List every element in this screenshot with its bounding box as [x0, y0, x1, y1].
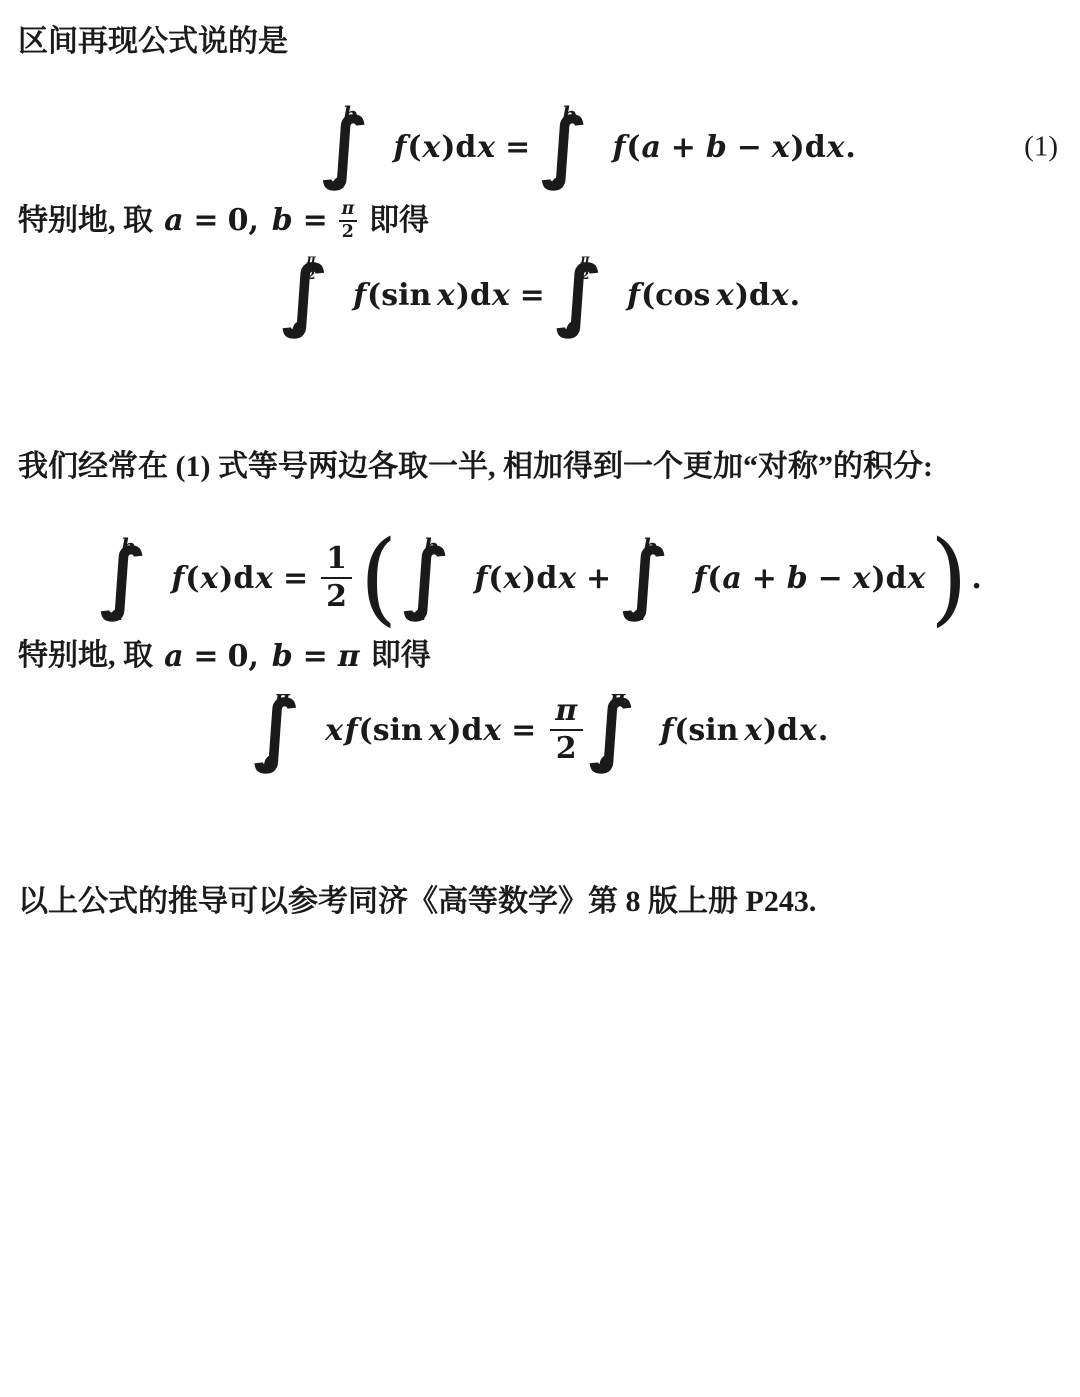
fraction: π2 — [339, 200, 358, 241]
math-roman: 0 — [228, 637, 249, 676]
paragraph-special-half: 特别地, 取a=0,b=π2即得 — [18, 201, 1060, 243]
math-operator: = — [511, 713, 536, 748]
math-variable: x — [716, 278, 734, 313]
math-variable: f — [394, 130, 407, 165]
math-variable: x — [771, 278, 789, 313]
math-roman: . — [971, 561, 981, 596]
math-roman: ( — [359, 713, 373, 748]
math-roman: ( — [367, 278, 381, 313]
integral-lower-limit: 0 — [599, 751, 614, 776]
paragraph-intro: 区间再现公式说的是 — [18, 22, 1060, 61]
math-operator: − — [818, 561, 843, 596]
integral-upper-limit: π2 — [577, 243, 592, 281]
math-operator: = — [303, 637, 328, 676]
math-variable: x — [853, 561, 871, 596]
integral-upper-limit: b — [424, 534, 439, 559]
integral: ∫ba — [622, 539, 670, 617]
math-variable: f — [474, 561, 487, 596]
integral: ∫ba — [322, 108, 370, 186]
math-variable: a — [641, 130, 660, 165]
fraction: 12 — [321, 542, 353, 615]
math-variable: b — [706, 130, 727, 165]
math-roman: )d — [441, 130, 476, 165]
math-variable: x — [772, 130, 790, 165]
math-roman: . — [845, 130, 855, 165]
math-variable: f — [345, 713, 358, 748]
integral: ∫π20 — [281, 256, 329, 334]
math-operator: + — [586, 561, 611, 596]
math-operator: = — [193, 201, 218, 240]
math-roman: ( — [707, 561, 721, 596]
math-roman: )d — [735, 278, 770, 313]
integral-lower-limit: a — [632, 600, 646, 625]
math-roman: )d — [456, 278, 491, 313]
math-variable: x — [422, 130, 440, 165]
math-variable: b — [787, 561, 808, 596]
special-half-pre-text: 特别地, 取 — [18, 204, 153, 237]
math-roman: )d — [763, 713, 798, 748]
integral-upper-limit: b — [562, 102, 577, 127]
special-pi-post-text: 即得 — [371, 639, 431, 672]
integral-lower-limit: 0 — [291, 317, 306, 342]
paragraph-symmetry: 我们经常在 (1) 式等号两边各取一半, 相加得到一个更加“对称”的积分: — [18, 447, 1060, 486]
integral-upper-limit: b — [121, 534, 136, 559]
inline-math-a0-b-pi-half: a=0,b=π2 — [163, 200, 359, 241]
fraction-numerator: 1 — [321, 542, 353, 579]
math-roman: ( — [407, 130, 421, 165]
math-variable: f — [613, 130, 626, 165]
integral-lower-limit: a — [110, 600, 124, 625]
math-roman: ( — [641, 278, 655, 313]
math-variable: x — [477, 130, 495, 165]
math-function-name: sin — [373, 713, 423, 748]
math-variable: b — [272, 201, 293, 240]
math-variable: x — [492, 278, 510, 313]
math-roman: )d — [522, 561, 557, 596]
math-variable: x — [558, 561, 576, 596]
math-function-name: sin — [688, 713, 738, 748]
integral-upper-limit: b — [643, 534, 658, 559]
math-roman: ( — [626, 130, 640, 165]
integral: ∫ba — [100, 539, 148, 617]
math-variable: x — [483, 713, 501, 748]
math-variable: a — [722, 561, 741, 596]
fraction-numerator: π — [305, 253, 317, 268]
fraction-denominator: 2 — [581, 268, 589, 281]
fraction-denominator: 2 — [326, 579, 347, 614]
math-variable: x — [744, 713, 762, 748]
fraction: π2 — [549, 694, 584, 767]
integral-upper-limit: b — [343, 102, 358, 127]
math-operator: = — [520, 278, 545, 313]
integral: ∫π20 — [555, 256, 603, 334]
math-variable: x — [908, 561, 926, 596]
math-variable: x — [503, 561, 521, 596]
integral-lower-limit: a — [551, 168, 565, 193]
paragraph-reference: 以上公式的推导可以参考同济《高等数学》第 8 版上册 P243. — [18, 882, 1060, 921]
math-variable: x — [255, 561, 273, 596]
math-variable: f — [660, 713, 673, 748]
document-page: 区间再现公式说的是 ∫baf(x)dx=∫baf(a+b−x)dx. (1) 特… — [0, 0, 1080, 1397]
equation-2: ∫π20f(sinx)dx=∫π20f(cosx)dx. — [0, 247, 1080, 343]
math-roman: . — [818, 713, 828, 748]
math-variable: x — [437, 278, 455, 313]
integral: ∫π0 — [589, 691, 637, 769]
integral-lower-limit: 0 — [565, 317, 580, 342]
fraction-denominator: 2 — [556, 731, 577, 766]
math-roman: . — [790, 278, 800, 313]
fraction-numerator: π — [339, 200, 357, 221]
special-half-post-text: 即得 — [369, 204, 429, 237]
special-pi-pre-text: 特别地, 取 — [18, 639, 153, 672]
math-operator: − — [737, 130, 762, 165]
equation-3: ∫baf(x)dx=12(∫baf(x)dx+∫baf(a+b−x)dx). — [0, 522, 1080, 634]
math-variable: b — [272, 637, 293, 676]
math-operator: = — [505, 130, 530, 165]
math-separator: , — [248, 201, 258, 240]
math-roman: ( — [488, 561, 502, 596]
fraction: π2 — [305, 253, 318, 281]
math-roman: )d — [871, 561, 906, 596]
fraction-denominator: 2 — [307, 268, 315, 281]
math-operator: = — [283, 561, 308, 596]
paragraph-special-pi: 特别地, 取a=0,b=π即得 — [18, 636, 1060, 678]
equation-4: ∫π0xf(sinx)dx=π2∫π0f(sinx)dx. — [0, 682, 1080, 778]
math-variable: x — [799, 713, 817, 748]
integral-upper-limit: π2 — [303, 243, 318, 281]
math-variable: f — [693, 561, 706, 596]
math-operator: + — [671, 130, 696, 165]
math-variable: x — [429, 713, 447, 748]
math-variable: x — [325, 713, 343, 748]
equation-1: ∫baf(x)dx=∫baf(a+b−x)dx. — [48, 99, 1080, 195]
math-operator: = — [193, 637, 218, 676]
math-variable: a — [164, 201, 183, 240]
math-function-name: sin — [381, 278, 431, 313]
math-operator: = — [303, 201, 328, 240]
integral: ∫ba — [403, 539, 451, 617]
math-separator: , — [248, 637, 258, 676]
math-big-paren: ) — [930, 536, 967, 622]
integral: ∫π0 — [253, 691, 301, 769]
math-roman: )d — [791, 130, 826, 165]
math-variable: f — [627, 278, 640, 313]
integral-lower-limit: a — [413, 600, 427, 625]
math-roman: 0 — [228, 201, 249, 240]
fraction: π2 — [579, 253, 592, 281]
math-function-name: cos — [655, 278, 710, 313]
fraction-numerator: π — [579, 253, 591, 268]
math-roman: ( — [674, 713, 688, 748]
math-operator: + — [752, 561, 777, 596]
fraction-denominator: 2 — [342, 222, 354, 241]
math-roman: ( — [185, 561, 199, 596]
equation-1-number: (1) — [1024, 131, 1058, 164]
integral: ∫ba — [541, 108, 589, 186]
integral-upper-limit: π — [610, 685, 625, 710]
inline-math-a0-b-pi: a=0,b=π — [163, 637, 360, 676]
math-variable: f — [172, 561, 185, 596]
math-variable: x — [200, 561, 218, 596]
math-roman: )d — [219, 561, 254, 596]
fraction-numerator: π — [550, 694, 583, 731]
integral-upper-limit: π — [275, 685, 290, 710]
math-variable: f — [353, 278, 366, 313]
math-big-paren: ( — [360, 536, 397, 622]
equation-1-row: ∫baf(x)dx=∫baf(a+b−x)dx. (1) — [0, 99, 1080, 195]
math-variable: a — [164, 637, 183, 676]
integral-lower-limit: 0 — [263, 751, 278, 776]
math-variable: π — [338, 637, 360, 676]
math-variable: x — [827, 130, 845, 165]
integral-lower-limit: a — [332, 168, 346, 193]
math-roman: )d — [447, 713, 482, 748]
